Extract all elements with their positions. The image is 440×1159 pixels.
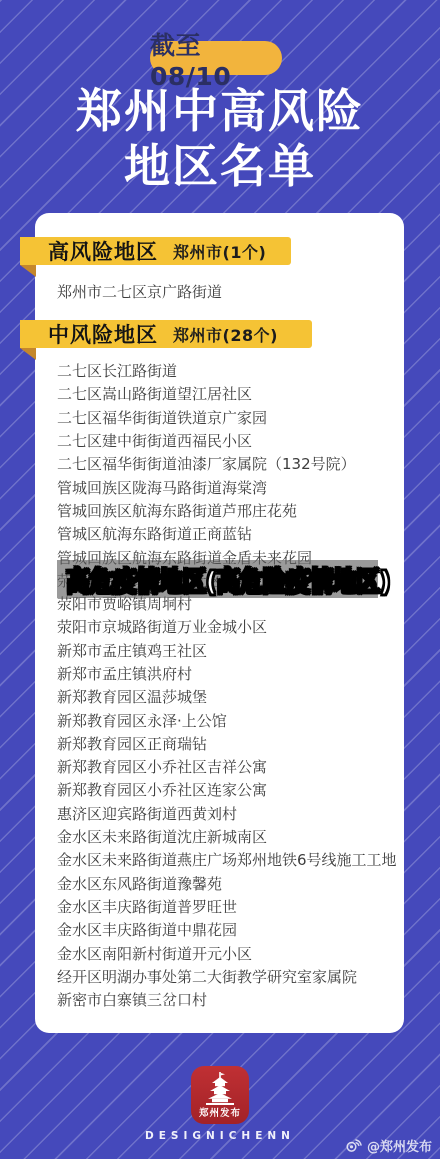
list-item: 金水区东风路街道豫馨苑 [57,872,401,895]
weibo-watermark-text: @郑州发布 [367,1136,432,1155]
list-item: 经开区明湖办事处第二大街教学研究室家属院 [57,965,401,988]
zhengzhou-fabu-app-icon: 郑州发布 [191,1066,249,1124]
high-risk-count: 郑州市(1个) [173,240,266,263]
list-item: 惠济区迎宾路街道西黄刘村 [57,802,401,825]
date-badge: 截至08/10 [150,41,282,75]
list-item: 新郑市孟庄镇鸡王社区 [57,639,401,662]
list-item: 新郑教育园区小乔社区吉祥公寓 [57,755,401,778]
list-item: 管城回族区陇海马路街道海棠湾 [57,475,401,498]
list-item: 新郑教育园区小乔社区连家公寓 [57,778,401,801]
mid-risk-ribbon: 中风险地区 郑州市(28个) [20,320,312,348]
list-item: 金水区未来路街道燕庄广场郑州地铁6号线施工工地 [57,848,401,871]
poster-background: 截至08/10 郑州中高风险 地区名单 高风险地区 郑州市(1个) 郑州市二七区… [0,0,440,1159]
mid-risk-label: 中风险地区 [48,319,158,349]
high-risk-list: 郑州市二七区京广路街道 [57,280,397,303]
list-item: 二七区长江路街道 [57,359,401,382]
poster-title-line2: 地区名单 [0,139,440,194]
list-item: 郑州市二七区京广路街道 [57,280,397,303]
list-item: 新密市白寨镇三岔口村 [57,988,401,1011]
list-item: 金水区丰庆路街道普罗旺世 [57,895,401,918]
high-risk-label: 高风险地区 [48,236,158,266]
ribbon-fold [20,348,36,360]
weibo-watermark: @郑州发布 [345,1136,432,1155]
list-item: 金水区丰庆路街道中鼎花园 [57,918,401,941]
mid-risk-list: 二七区长江路街道二七区嵩山路街道望江居社区二七区福华街街道铁道京广家园二七区建中… [57,359,401,1011]
pagoda-icon [200,1070,240,1110]
list-item: 新郑教育园区温莎城堡 [57,685,401,708]
list-item: 荥阳市京城路街道万业金城小区 [57,615,401,638]
ribbon-fold [20,265,36,277]
poster-title-line1: 郑州中高风险 [0,84,440,139]
date-badge-text: 截至08/10 [150,26,282,91]
weibo-icon [345,1138,363,1153]
list-item: 新郑教育园区正商瑞钻 [57,732,401,755]
poster-title: 郑州中高风险 地区名单 [0,84,440,194]
watermark-overlay-band: 高危疫情地区(高危险疫情地区) [57,560,378,598]
list-item: 管城回族区航海东路街道芦邢庄花苑 [57,499,401,522]
list-item: 金水区南阳新村街道开元小区 [57,941,401,964]
list-item: 管城区航海东路街道正商蓝钻 [57,522,401,545]
high-risk-ribbon: 高风险地区 郑州市(1个) [20,237,291,265]
list-item: 二七区建中街街道西福民小区 [57,429,401,452]
watermark-overlay-text: 高危疫情地区(高危险疫情地区) [66,560,390,599]
list-item: 二七区嵩山路街道望江居社区 [57,382,401,405]
list-item: 新郑教育园区永泽·上公馆 [57,708,401,731]
list-item: 金水区未来路街道沈庄新城南区 [57,825,401,848]
mid-risk-count: 郑州市(28个) [173,323,278,346]
list-item: 新郑市孟庄镇洪府村 [57,662,401,685]
list-item: 二七区福华街街道油漆厂家属院（132号院） [57,452,401,475]
list-item: 二七区福华街街道铁道京广家园 [57,406,401,429]
